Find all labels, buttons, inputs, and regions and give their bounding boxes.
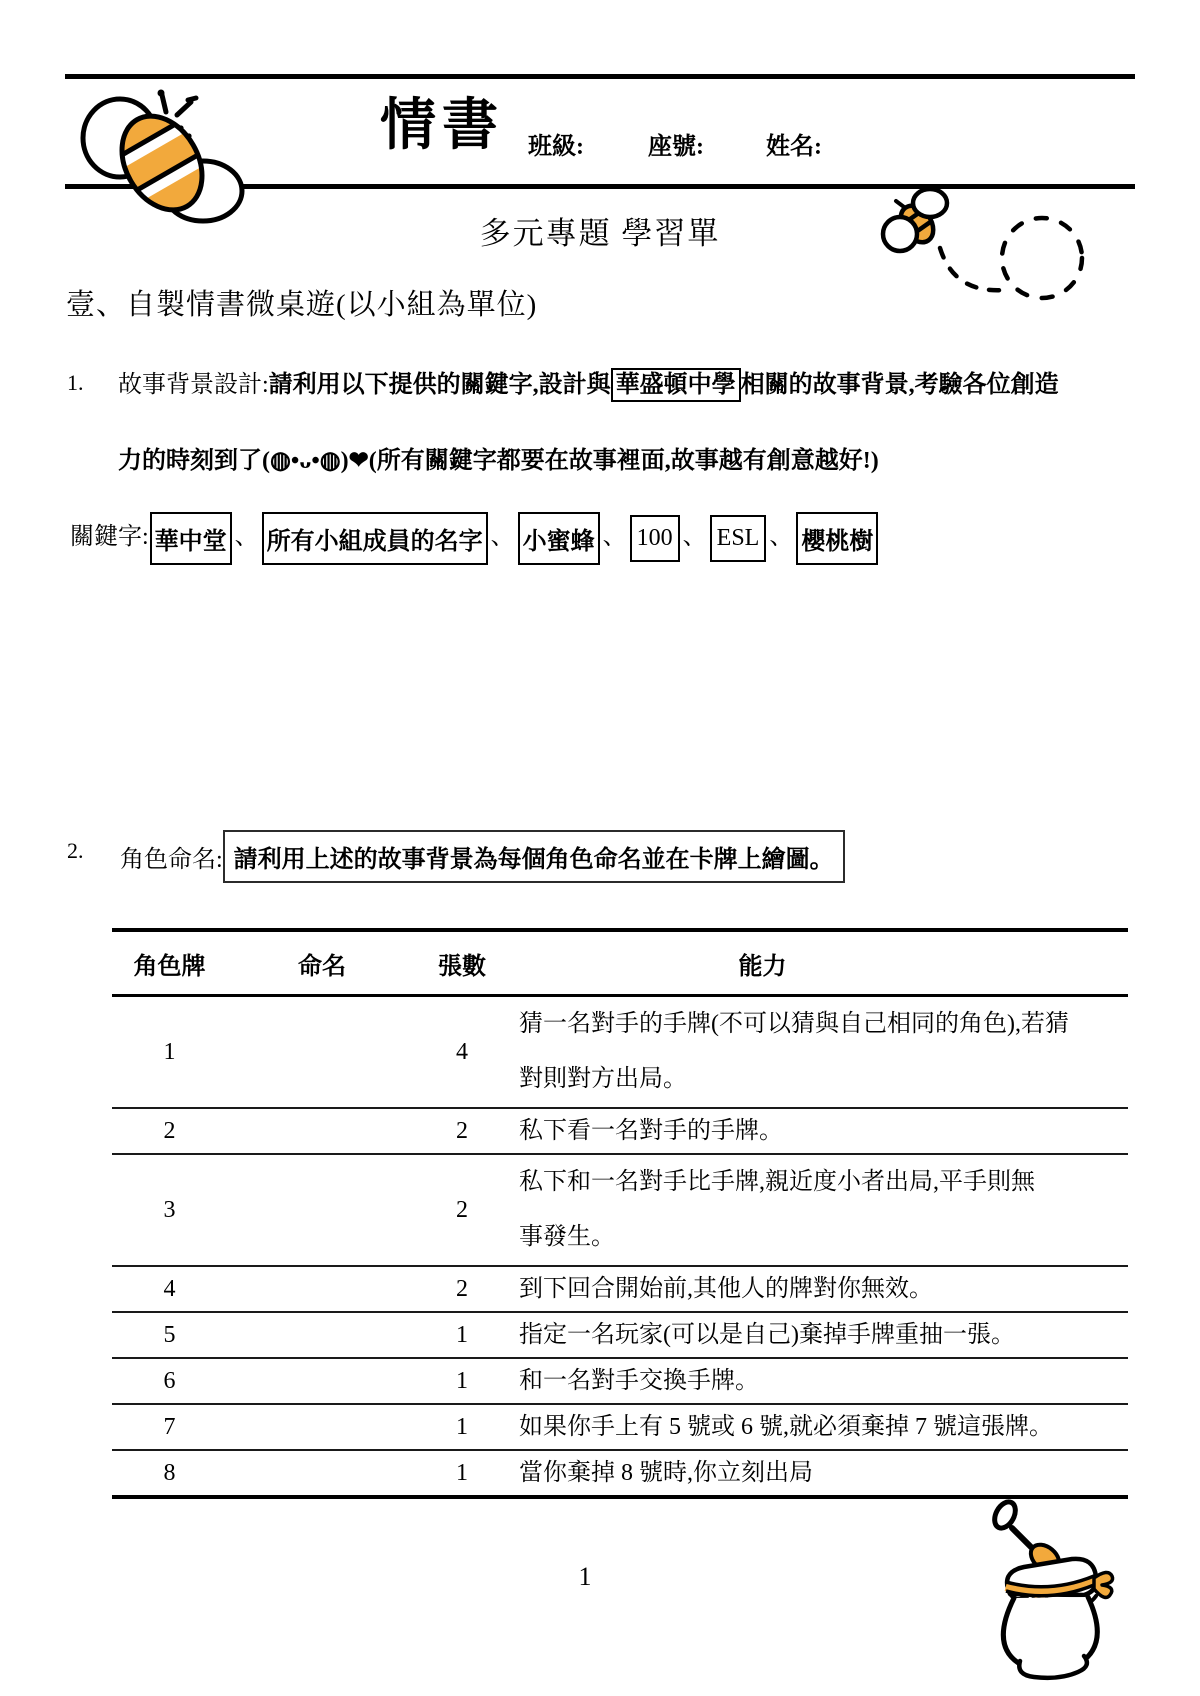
keyword-box: 小蜜蜂: [518, 512, 600, 565]
top-rule: [65, 74, 1135, 79]
card-ability: 當你棄掉 8 號時,你立刻出局: [507, 1450, 1128, 1497]
item-2-number: 2.: [67, 838, 84, 864]
keyword-separator: 、: [235, 524, 259, 550]
table-header-row: 角色牌 命名 張數 能力: [112, 930, 1128, 996]
table-row: 5 1 指定一名玩家(可以是自己)棄掉手牌重抽一張。: [112, 1312, 1128, 1358]
card-name-blank: [227, 1312, 417, 1358]
col-header-count: 張數: [417, 930, 507, 996]
item-2-prefix: 角色命名:: [120, 847, 223, 873]
card-number: 7: [112, 1404, 227, 1450]
card-count: 1: [417, 1358, 507, 1404]
card-name-blank: [227, 996, 417, 1109]
section-1-heading: 壹、自製情書微桌遊(以小組為單位): [66, 282, 537, 323]
keyword-box: 所有小組成員的名字: [262, 512, 488, 565]
page-title: 情書: [380, 98, 504, 154]
card-ability: 私下和一名對手比手牌,親近度小者出局,平手則無 事發生。: [507, 1154, 1128, 1266]
card-ability: 猜一名對手的手牌(不可以猜與自己相同的角色),若猜 對則對方出局。: [507, 996, 1128, 1109]
card-count: 2: [417, 1266, 507, 1312]
card-name-blank: [227, 1266, 417, 1312]
table-row: 8 1 當你棄掉 8 號時,你立刻出局: [112, 1450, 1128, 1497]
card-name-blank: [227, 1450, 417, 1497]
card-number: 8: [112, 1450, 227, 1497]
keyword-separator: 、: [683, 524, 707, 550]
card-name-blank: [227, 1108, 417, 1154]
keyword-box: 華中堂: [150, 512, 232, 565]
col-header-ability: 能力: [507, 930, 1128, 996]
card-ability: 如果你手上有 5 號或 6 號,就必須棄掉 7 號這張牌。: [507, 1404, 1128, 1450]
keywords-label: 關鍵字:: [70, 524, 149, 550]
character-card-table: 角色牌 命名 張數 能力 1 4 猜一名對手的手牌(不可以猜與自己相同的角色),…: [112, 928, 1128, 1499]
card-count: 4: [417, 996, 507, 1109]
card-count: 2: [417, 1154, 507, 1266]
worksheet-page: 情書 班級: 座號: 姓名: 多元專題 學習單: [0, 0, 1200, 1696]
item-1-number: 1.: [67, 370, 84, 396]
card-name-blank: [227, 1404, 417, 1450]
item-2-boxed-instruction: 請利用上述的故事背景為每個角色命名並在卡牌上繪圖。: [223, 830, 845, 883]
card-number: 6: [112, 1358, 227, 1404]
keyword-box: ESL: [710, 515, 767, 562]
col-header-card: 角色牌: [112, 930, 227, 996]
name-field-label: 姓名:: [766, 126, 822, 161]
honey-jar-with-spoon-icon: [972, 1498, 1127, 1683]
card-name-blank: [227, 1358, 417, 1404]
card-number: 3: [112, 1154, 227, 1266]
item-1-line-2: 力的時刻到了(◍•ᴗ•◍)❤(所有關鍵字都要在故事裡面,故事越有創意越好!): [118, 440, 879, 475]
item-1-boxed-keyword: 華盛頓中學: [611, 368, 741, 402]
table-row: 7 1 如果你手上有 5 號或 6 號,就必須棄掉 7 號這張牌。: [112, 1404, 1128, 1450]
card-number: 1: [112, 996, 227, 1109]
table-row: 1 4 猜一名對手的手牌(不可以猜與自己相同的角色),若猜 對則對方出局。: [112, 996, 1128, 1109]
class-field-label: 班級:: [528, 126, 584, 161]
card-name-blank: [227, 1154, 417, 1266]
table-row: 2 2 私下看一名對手的手牌。: [112, 1108, 1128, 1154]
keywords-row: 關鍵字:華中堂、所有小組成員的名字、小蜜蜂、100、ESL、櫻桃樹: [70, 512, 879, 565]
item-1-line-1: 故事背景設計:請利用以下提供的關鍵字,設計與華盛頓中學相關的故事背景,考驗各位創…: [118, 364, 1059, 399]
col-header-name: 命名: [227, 930, 417, 996]
item-1-text-a: 請利用以下提供的關鍵字,設計與: [269, 372, 611, 398]
card-ability: 私下看一名對手的手牌。: [507, 1108, 1128, 1154]
card-ability: 指定一名玩家(可以是自己)棄掉手牌重抽一張。: [507, 1312, 1128, 1358]
keyword-separator: 、: [769, 524, 793, 550]
table-row: 4 2 到下回合開始前,其他人的牌對你無效。: [112, 1266, 1128, 1312]
keyword-box: 100: [630, 515, 680, 562]
item-1-prefix: 故事背景設計:: [118, 372, 269, 398]
keyword-separator: 、: [491, 524, 515, 550]
table-row: 3 2 私下和一名對手比手牌,親近度小者出局,平手則無 事發生。: [112, 1154, 1128, 1266]
card-ability: 到下回合開始前,其他人的牌對你無效。: [507, 1266, 1128, 1312]
card-number: 4: [112, 1266, 227, 1312]
seat-field-label: 座號:: [648, 126, 704, 161]
table-row: 6 1 和一名對手交換手牌。: [112, 1358, 1128, 1404]
bee-icon: [80, 88, 255, 233]
card-ability: 和一名對手交換手牌。: [507, 1358, 1128, 1404]
item-1-text-b: 相關的故事背景,考驗各位創造: [741, 372, 1059, 398]
keyword-box: 櫻桃樹: [796, 512, 878, 565]
card-count: 2: [417, 1108, 507, 1154]
item-2-row: 角色命名:請利用上述的故事背景為每個角色命名並在卡牌上繪圖。: [120, 830, 845, 883]
keyword-separator: 、: [603, 524, 627, 550]
card-number: 2: [112, 1108, 227, 1154]
card-count: 1: [417, 1404, 507, 1450]
flying-bee-with-dashed-trail-icon: [872, 182, 1102, 314]
card-number: 5: [112, 1312, 227, 1358]
card-count: 1: [417, 1312, 507, 1358]
page-number: 1: [540, 1562, 630, 1592]
card-count: 1: [417, 1450, 507, 1497]
